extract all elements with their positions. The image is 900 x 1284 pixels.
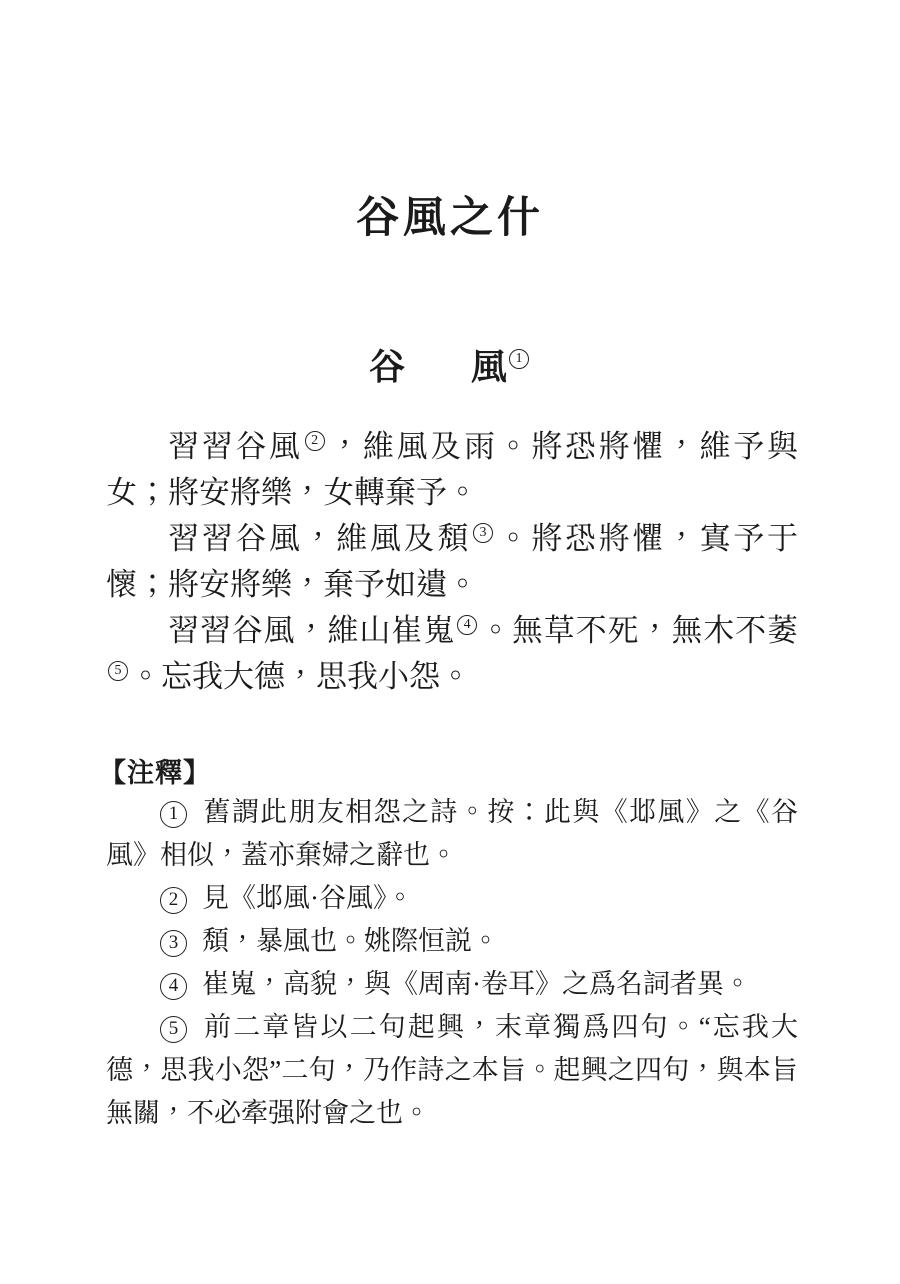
note-number: 1 xyxy=(160,801,187,828)
note-item-4: 4崔嵬，高貌，與《周南·卷耳》之爲名詞者異。 xyxy=(106,963,798,1006)
poem-stanza-2: 習習谷風，維風及頽3。將恐將懼，寘予于懷；將安將樂，棄予如遺。 xyxy=(106,516,798,608)
note-ref-superscript: 4 xyxy=(457,615,477,635)
note-number: 4 xyxy=(160,973,187,1000)
note-ref-superscript: 5 xyxy=(108,661,128,681)
poem-stanza-3: 習習谷風，維山崔嵬4。無草不死，無木不萎5。忘我大德，思我小怨。 xyxy=(106,608,798,700)
book-page: 谷風之什 谷風1 習習谷風2，維風及雨。將恐將懼，維予與女；將安將樂，女轉棄予。… xyxy=(0,0,900,1284)
note-item-2: 2見《邶風·谷風》。 xyxy=(106,877,798,920)
note-item-1: 1舊謂此朋友相怨之詩。按：此與《邶風》之《谷風》相似，蓋亦棄婦之辭也。 xyxy=(106,791,798,877)
note-text: 前二章皆以二句起興，末章獨爲四句。“忘我大德，思我小怨”二句，乃作詩之本旨。起興… xyxy=(106,1012,798,1128)
note-number: 3 xyxy=(160,930,187,957)
note-ref-superscript: 2 xyxy=(305,431,325,451)
note-ref-superscript: 3 xyxy=(473,523,493,543)
note-text: 舊謂此朋友相怨之詩。按：此與《邶風》之《谷風》相似，蓋亦棄婦之辭也。 xyxy=(106,797,798,870)
note-text: 見《邶風·谷風》。 xyxy=(202,883,414,913)
notes-section-header: 【注釋】 xyxy=(99,751,211,790)
note-ref-superscript: 1 xyxy=(509,349,529,369)
note-number: 2 xyxy=(160,887,187,914)
poem-stanza-1: 習習谷風2，維風及雨。將恐將懼，維予與女；將安將樂，女轉棄予。 xyxy=(106,424,798,516)
note-text: 頽，暴風也。姚際恒説。 xyxy=(202,926,499,956)
poem-body: 習習谷風2，維風及雨。將恐將懼，維予與女；將安將樂，女轉棄予。 習習谷風，維風及… xyxy=(106,424,798,700)
poem-title: 谷風1 xyxy=(0,339,900,390)
poem-title-left: 谷 xyxy=(369,347,405,387)
note-text: 崔嵬，高貌，與《周南·卷耳》之爲名詞者異。 xyxy=(202,969,751,999)
notes-list: 1舊謂此朋友相怨之詩。按：此與《邶風》之《谷風》相似，蓋亦棄婦之辭也。 2見《邶… xyxy=(106,791,798,1135)
note-item-5: 5前二章皆以二句起興，末章獨爲四句。“忘我大德，思我小怨”二句，乃作詩之本旨。起… xyxy=(106,1006,798,1135)
note-number: 5 xyxy=(160,1016,187,1043)
section-title: 谷風之什 xyxy=(0,184,900,245)
poem-title-right: 風 xyxy=(471,347,507,387)
note-item-3: 3頽，暴風也。姚際恒説。 xyxy=(106,920,798,963)
